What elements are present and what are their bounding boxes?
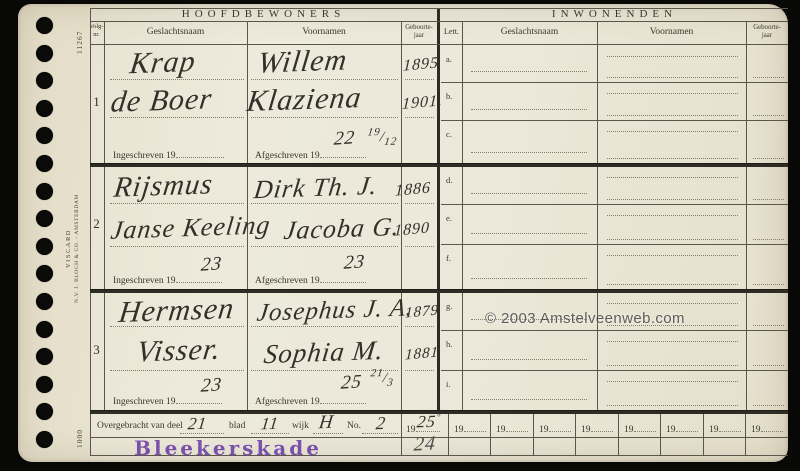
ingeschreven-label: Ingeschreven 19 bbox=[113, 397, 176, 407]
lodger-row: h. bbox=[441, 330, 788, 370]
serial-number-top: 11267 bbox=[75, 31, 84, 54]
punch-hole bbox=[36, 238, 53, 255]
year-cell: 19 bbox=[709, 421, 741, 435]
year-cell: 19 bbox=[581, 421, 613, 435]
dotted-line bbox=[471, 278, 587, 279]
dotted-leader bbox=[506, 421, 528, 432]
punch-hole bbox=[36, 293, 53, 310]
year-cell-label: 19 bbox=[709, 425, 719, 435]
punch-hole bbox=[36, 45, 53, 62]
dotted-line bbox=[405, 326, 434, 327]
lodger-row: c. bbox=[441, 120, 788, 163]
surname-entry: Visser. bbox=[135, 332, 223, 369]
row-letter: f. bbox=[446, 253, 451, 263]
lodger-row: d. bbox=[441, 166, 788, 204]
dotted-line bbox=[607, 177, 738, 178]
brand-name: VISCARD bbox=[65, 181, 73, 316]
section-title-inwonenden: INWONENDEN bbox=[441, 8, 788, 20]
street-name-stamp: Bleekerskade bbox=[78, 436, 378, 460]
year-cell: 19 bbox=[624, 421, 656, 435]
dotted-line bbox=[471, 109, 587, 110]
dotted-line bbox=[471, 233, 587, 234]
dotted-line bbox=[607, 239, 738, 240]
dotted-line bbox=[607, 284, 738, 285]
registration-card: 11267 VISCARD N.V. J. BLOCH & CO. - AMST… bbox=[18, 4, 788, 462]
dotted-line bbox=[110, 370, 244, 371]
lodger-row: a. bbox=[441, 45, 788, 82]
birthyear-entry: 1890 bbox=[394, 219, 431, 240]
year-entry-superscript: ° bbox=[436, 412, 442, 422]
ingeschreven-label: Ingeschreven 19 bbox=[113, 276, 176, 286]
dotted-line bbox=[405, 246, 434, 247]
col-header-r-geboortejaar: Geboorte- jaar bbox=[746, 24, 788, 39]
volgnr-3: 3 bbox=[90, 342, 103, 358]
firstnames-entry: Klaziena bbox=[245, 81, 364, 119]
dotted-line bbox=[607, 341, 738, 342]
dotted-line bbox=[405, 203, 434, 204]
dotted-line bbox=[405, 79, 434, 80]
dotted-leader bbox=[549, 421, 571, 432]
col-header-r-geboortejaar-l2: jaar bbox=[746, 32, 788, 40]
year-entry: 25° bbox=[416, 412, 442, 433]
punch-hole bbox=[36, 183, 53, 200]
grid-line bbox=[660, 413, 661, 455]
punch-hole bbox=[36, 321, 53, 338]
volgnr-1: 1 bbox=[90, 94, 103, 110]
dotted-line bbox=[607, 131, 738, 132]
birthyear-entry: 1881 bbox=[405, 344, 440, 364]
grid-line bbox=[90, 8, 788, 9]
punch-hole bbox=[36, 100, 53, 117]
firstnames-entry: Dirk Th. J. bbox=[252, 171, 379, 205]
fraction-denominator: 3 bbox=[387, 377, 395, 389]
afgeschreven-label: Afgeschreven 19 bbox=[255, 276, 320, 286]
dotted-line bbox=[110, 246, 244, 247]
dotted-leader bbox=[719, 421, 741, 432]
dotted-leader bbox=[634, 421, 656, 432]
year-cell-label: 19 bbox=[539, 425, 549, 435]
dotted-leader bbox=[676, 421, 698, 432]
year-cell-label: 19 bbox=[496, 425, 506, 435]
firstnames-entry: Jacoba G. bbox=[282, 212, 401, 246]
punch-hole bbox=[36, 127, 53, 144]
dotted-leader bbox=[464, 421, 486, 432]
birthyear-entry: 1879 bbox=[405, 302, 440, 322]
dotted-line bbox=[607, 56, 738, 57]
dotted-line bbox=[753, 325, 784, 326]
afgeschreven-date-fraction: 19/12 bbox=[366, 125, 400, 148]
punch-hole bbox=[36, 17, 53, 34]
no-label: No. bbox=[347, 421, 361, 431]
dotted-line bbox=[471, 71, 587, 72]
lodger-row: f. bbox=[441, 244, 788, 289]
surname-entry: de Boer bbox=[109, 82, 214, 120]
firstnames-entry: Sophia M. bbox=[262, 335, 386, 370]
row-letter: b. bbox=[446, 91, 452, 101]
overgebracht-label: Overgebracht van deel bbox=[97, 421, 183, 431]
dotted-line bbox=[471, 193, 587, 194]
grid-line bbox=[575, 413, 576, 455]
dotted-line bbox=[471, 359, 587, 360]
dotted-line bbox=[607, 365, 738, 366]
watermark: © 2003 Amstelveenweb.com bbox=[485, 310, 685, 327]
dotted-line bbox=[607, 215, 738, 216]
ingeschreven-label: Ingeschreven 19 bbox=[113, 151, 176, 161]
afgeschreven-label: Afgeschreven 19 bbox=[255, 397, 320, 407]
grid-line bbox=[90, 21, 788, 22]
punch-hole bbox=[36, 155, 53, 172]
dotted-line bbox=[753, 77, 784, 78]
dotted-line bbox=[753, 158, 784, 159]
grid-line bbox=[618, 413, 619, 455]
dotted-line bbox=[607, 93, 738, 94]
dotted-line bbox=[471, 152, 587, 153]
dotted-leader bbox=[591, 421, 613, 432]
col-header-geslachtsnaam: Geslachtsnaam bbox=[104, 27, 247, 37]
col-header-geboortejaar: Geboorte- jaar bbox=[399, 24, 439, 39]
lodger-row: b. bbox=[441, 82, 788, 120]
dotted-leader bbox=[761, 421, 783, 432]
birthyear-entry: 1901. bbox=[402, 92, 444, 114]
dotted-line bbox=[753, 284, 784, 285]
birthyear-entry: 1895 bbox=[403, 54, 440, 75]
col-header-lett: Lett. bbox=[439, 27, 464, 36]
year-cell-label: 19 bbox=[454, 425, 464, 435]
wijk-label: wijk bbox=[292, 421, 309, 431]
afgeschreven-year-entry: 22 bbox=[333, 127, 356, 151]
col-header-geboortejaar-l1: Geboorte- bbox=[399, 24, 439, 32]
punch-hole bbox=[36, 265, 53, 282]
col-header-r-geslachtsnaam: Geslachtsnaam bbox=[462, 27, 597, 37]
col-header-geboortejaar-l2: jaar bbox=[399, 32, 439, 40]
dotted-line bbox=[405, 117, 434, 118]
dotted-leader bbox=[176, 147, 224, 158]
firstnames-entry: Willem bbox=[256, 43, 349, 80]
ingeschreven-line: Ingeschreven 19 bbox=[113, 147, 224, 161]
year-cell-label: 19 bbox=[624, 425, 634, 435]
year-cell-label: 19 bbox=[581, 425, 591, 435]
row-letter: c. bbox=[446, 129, 452, 139]
firstnames-entry: Josephus J. A. bbox=[255, 294, 415, 328]
wijk-entry: H bbox=[318, 412, 335, 435]
blad-entry: 11 bbox=[260, 414, 280, 435]
year-cell: 19 bbox=[666, 421, 698, 435]
grid-line bbox=[448, 413, 449, 455]
afgeschreven-year-entry: 23 bbox=[343, 251, 366, 275]
year-cell: 19 bbox=[454, 421, 486, 435]
ingeschreven-year-entry: 23 bbox=[200, 253, 223, 277]
birthyear-entry: 1886 bbox=[395, 179, 432, 200]
dotted-line bbox=[607, 255, 738, 256]
surname-entry: Rijsmus bbox=[112, 168, 215, 205]
col-header-r-voornamen: Voornamen bbox=[597, 27, 746, 37]
dotted-line bbox=[607, 405, 738, 406]
surname-entry: Hermsen bbox=[117, 292, 236, 330]
punch-hole-strip bbox=[36, 17, 54, 448]
year-cell-label: 19 bbox=[666, 425, 676, 435]
col-header-r-geboortejaar-l1: Geboorte- bbox=[746, 24, 788, 32]
dotted-line bbox=[753, 239, 784, 240]
afgeschreven-label: Afgeschreven 19 bbox=[255, 151, 320, 161]
row-letter: a. bbox=[446, 54, 452, 64]
punch-hole bbox=[36, 348, 53, 365]
punch-hole bbox=[36, 431, 53, 448]
surname-entry: Krap bbox=[128, 45, 198, 81]
punch-hole bbox=[36, 403, 53, 420]
deel-entry: 21 bbox=[187, 414, 208, 435]
punch-hole bbox=[36, 210, 53, 227]
row-letter: e. bbox=[446, 213, 452, 223]
grid-line bbox=[745, 413, 746, 455]
year-cell-label: 19 bbox=[751, 425, 761, 435]
scanned-card-photo: 11267 VISCARD N.V. J. BLOCH & CO. - AMST… bbox=[0, 0, 800, 471]
row-letter: i. bbox=[446, 379, 451, 389]
col-header-voornamen: Voornamen bbox=[247, 27, 401, 37]
row-letter: h. bbox=[446, 339, 452, 349]
afgeschreven-year-entry: 25 bbox=[340, 371, 363, 395]
volgnr-2: 2 bbox=[90, 216, 103, 232]
row-letter: d. bbox=[446, 175, 452, 185]
grid-line bbox=[490, 413, 491, 455]
grid-line bbox=[533, 413, 534, 455]
dotted-line bbox=[607, 115, 738, 116]
row-letter: g. bbox=[446, 301, 452, 311]
dotted-line bbox=[251, 246, 398, 247]
dotted-line bbox=[607, 303, 738, 304]
punch-hole bbox=[36, 72, 53, 89]
year-cell: 19 bbox=[751, 421, 783, 435]
year-cell: 19 bbox=[496, 421, 528, 435]
surname-entry: Janse Keeling bbox=[109, 210, 272, 246]
grid-line bbox=[104, 21, 105, 410]
dotted-line bbox=[607, 158, 738, 159]
lodger-row: i. bbox=[441, 370, 788, 410]
dotted-line bbox=[607, 77, 738, 78]
grid-line bbox=[703, 413, 704, 455]
dotted-line bbox=[607, 199, 738, 200]
house-number-entry: 24 bbox=[413, 432, 437, 456]
printer-name: N.V. J. BLOCH & CO. - AMSTERDAM bbox=[73, 181, 81, 316]
afgeschreven-line: Afgeschreven 19 bbox=[255, 393, 366, 407]
punch-hole bbox=[36, 376, 53, 393]
dotted-line bbox=[753, 365, 784, 366]
fraction-denominator: 12 bbox=[384, 135, 398, 148]
blad-label: blad bbox=[229, 421, 245, 431]
dotted-line bbox=[753, 115, 784, 116]
dotted-line bbox=[471, 399, 587, 400]
year-cell: 19 bbox=[539, 421, 571, 435]
lodger-row: e. bbox=[441, 204, 788, 244]
dotted-line bbox=[753, 199, 784, 200]
afgeschreven-date-fraction: 21/3 bbox=[369, 367, 396, 390]
ingeschreven-year-entry: 23 bbox=[200, 374, 223, 398]
dotted-line bbox=[753, 405, 784, 406]
printer-imprint: VISCARD N.V. J. BLOCH & CO. - AMSTERDAM bbox=[65, 181, 81, 316]
dotted-line bbox=[405, 370, 434, 371]
year-entry-value: 25 bbox=[416, 412, 437, 432]
dotted-line bbox=[607, 381, 738, 382]
section-title-hoofdbewoners: HOOFDBEWONERS bbox=[90, 8, 437, 20]
